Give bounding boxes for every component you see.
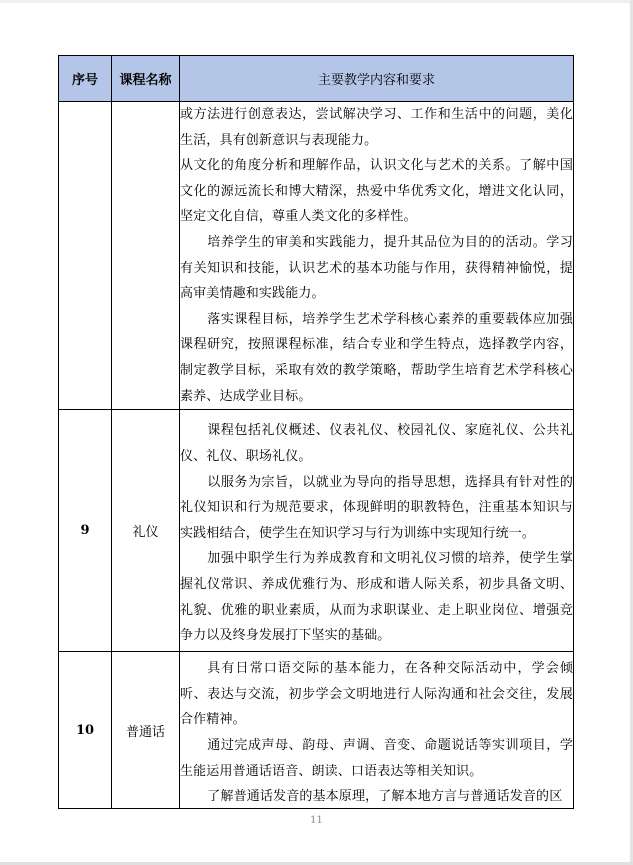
content-paragraph: 通过完成声母、韵母、声调、音变、命题说话等实训项目，学生能运用普通话语音、朗读、… [180, 733, 573, 784]
row-number: 10 [59, 652, 112, 809]
row-content: 或方法进行创意表达，尝试解决学习、工作和生活中的问题，美化生活，具有创新意识与表… [180, 102, 574, 410]
content-paragraph: 具有日常口语交际的基本能力，在各种交际活动中，学会倾听、表达与交流，初步学会文明… [180, 656, 573, 733]
row-course-name [112, 102, 180, 410]
viewer-top-edge [0, 0, 633, 3]
row-course-name: 礼仪 [112, 410, 180, 652]
row-content: 具有日常口语交际的基本能力，在各种交际活动中，学会倾听、表达与交流，初步学会文明… [180, 652, 574, 809]
content-paragraph: 课程包括礼仪概述、仪表礼仪、校园礼仪、家庭礼仪、公共礼仪、礼仪、职场礼仪。 [180, 418, 573, 469]
content-paragraph: 培养学生的审美和实践能力，提升其品位为目的的活动。学习有关知识和技能，认识艺术的… [180, 230, 573, 307]
content-paragraph: 了解普通话发音的基本原理，了解本地方言与普通话发音的区 [180, 784, 573, 808]
content-paragraph: 或方法进行创意表达，尝试解决学习、工作和生活中的问题，美化生活，具有创新意识与表… [180, 102, 573, 153]
header-serial-number: 序号 [59, 56, 112, 102]
page-number: 11 [0, 815, 633, 826]
table-row-etiquette: 9 礼仪 课程包括礼仪概述、仪表礼仪、校园礼仪、家庭礼仪、公共礼仪、礼仪、职场礼… [59, 410, 574, 652]
row-course-name: 普通话 [112, 652, 180, 809]
row-content: 课程包括礼仪概述、仪表礼仪、校园礼仪、家庭礼仪、公共礼仪、礼仪、职场礼仪。 以服… [180, 410, 574, 652]
table-row-mandarin: 10 普通话 具有日常口语交际的基本能力，在各种交际活动中，学会倾听、表达与交流… [59, 652, 574, 809]
table-row-continued: 或方法进行创意表达，尝试解决学习、工作和生活中的问题，美化生活，具有创新意识与表… [59, 102, 574, 410]
content-paragraph: 加强中职学生行为养成教育和文明礼仪习惯的培养，使学生掌握礼仪常识、养成优雅行为、… [180, 546, 573, 648]
course-table: 序号 课程名称 主要教学内容和要求 或方法进行创意表达，尝试解决学习、工作和生活… [58, 55, 574, 809]
header-course-name: 课程名称 [112, 56, 180, 102]
table-header-row: 序号 课程名称 主要教学内容和要求 [59, 56, 574, 102]
content-paragraph: 以服务为宗旨，以就业为导向的指导思想，选择具有针对性的礼仪知识和行为规范要求，体… [180, 470, 573, 547]
row-number: 9 [59, 410, 112, 652]
content-paragraph: 落实课程目标，培养学生艺术学科核心素养的重要载体应加强课程研究，按照课程标准，结… [180, 307, 573, 409]
header-content-requirements: 主要教学内容和要求 [180, 56, 574, 102]
row-number [59, 102, 112, 410]
content-paragraph: 从文化的角度分析和理解作品，认识文化与艺术的关系。了解中国文化的源远流长和博大精… [180, 153, 573, 230]
